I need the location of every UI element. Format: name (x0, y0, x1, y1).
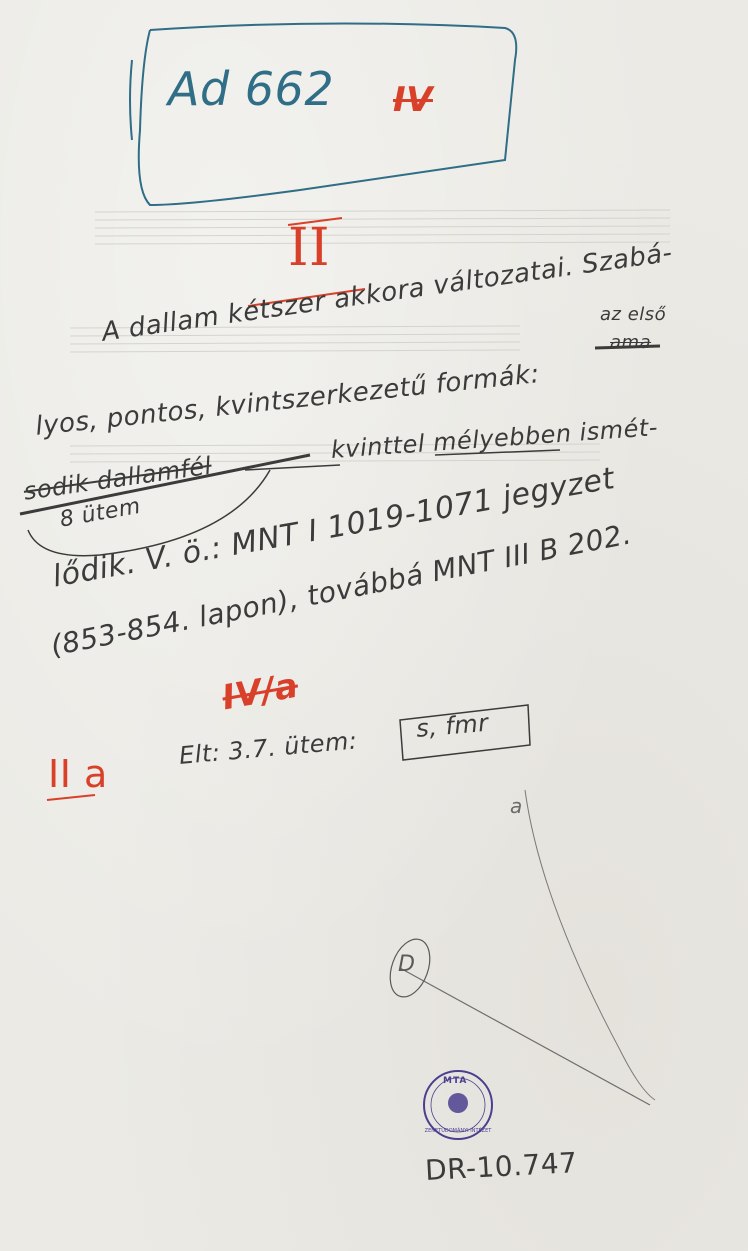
pencil-mark-top: a (510, 794, 523, 818)
stamp-ring-text: ZENETUDOMÁNYI INTÉZET (422, 1128, 494, 1134)
shelfmark: Ad 662 (168, 62, 334, 116)
section-numeral: II (288, 218, 330, 278)
insertion-above: az első (600, 304, 666, 325)
pencil-mark-left: D (398, 952, 415, 977)
subsection-label: II a (48, 752, 108, 796)
crossed-word-ama: ama (610, 332, 651, 353)
shelfmark-roman-crossed: IV (393, 80, 433, 120)
stamp-top-text: MTA (443, 1076, 467, 1086)
manuscript-page: Ad 662 IV II A dallam kétszer akkora vál… (0, 0, 748, 1251)
